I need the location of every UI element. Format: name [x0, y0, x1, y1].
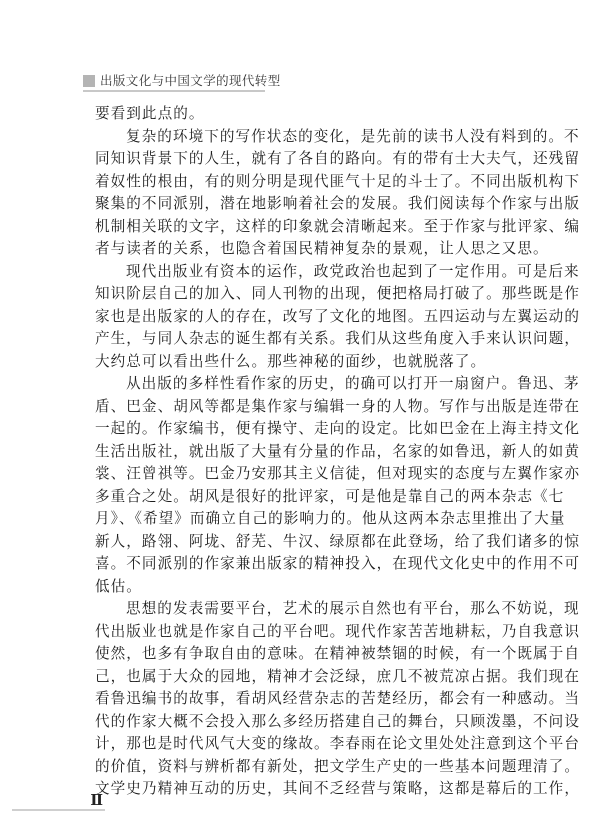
- text-line: 使然，也多有争取自由的意味。在精神被禁锢的时候，有一个既属于自: [95, 643, 505, 666]
- text-line: 月》、《希望》而确立自己的影响力的。他从这两本杂志里推出了大量: [95, 508, 505, 531]
- text-line: 的价值，资料与辨析都有新处，把文学生产史的一些基本问题理清了。: [95, 756, 505, 779]
- text-line: 盾、巴金、胡风等都是集作家与编辑一身的人物。写作与出版是连带在: [95, 396, 505, 419]
- text-line: 从出版的多样性看作家的历史，的确可以打开一扇窗户。鲁迅、茅: [95, 373, 505, 396]
- text-line: 大约总可以看出些什么。那些神秘的面纱，也就脱落了。: [95, 351, 505, 374]
- text-line: 看鲁迅编书的故事，看胡风经营杂志的苦楚经历，都会有一种感动。当: [95, 688, 505, 711]
- text-line: 己，也属于大众的园地，精神才会泛绿，庶几不被荒凉占据。我们现在: [95, 666, 505, 689]
- text-line: 一起的。作家编书，便有操守、走向的设定。比如巴金在上海主持文化: [95, 418, 505, 441]
- text-line: 同知识背景下的人生，就有了各自的路向。有的带有士大夫气，还残留: [95, 148, 505, 171]
- text-line: 喜。不同派别的作家兼出版家的精神投入，在现代文化史中的作用不可: [95, 553, 505, 576]
- text-line: 机制相关联的文字，这样的印象就会清晰起来。至于作家与批评家、编: [95, 216, 505, 239]
- text-line: 要看到此点的。: [95, 103, 505, 126]
- text-line: 家也是出版家的人的存在，改写了文化的地图。五四运动与左翼运动的: [95, 306, 505, 329]
- text-line: 着奴性的根由，有的则分明是现代匪气十足的斗士了。不同出版机构下: [95, 171, 505, 194]
- running-head-title: 出版文化与中国文学的现代转型: [100, 73, 281, 89]
- body-text: 要看到此点的。复杂的环境下的写作状态的变化，是先前的读书人没有料到的。不同知识背…: [95, 103, 505, 801]
- text-line: 聚集的不同派别，潜在地影响着社会的发展。我们阅读每个作家与出版: [95, 193, 505, 216]
- text-line: 现代出版业有资本的运作，政党政治也起到了一定作用。可是后来: [95, 261, 505, 284]
- text-line: 文学史乃精神互动的历史，其间不乏经营与策略，这都是幕后的工作，: [95, 778, 505, 801]
- text-line: 产生，与同人杂志的诞生都有关系。我们从这些角度入手来认识问题，: [95, 328, 505, 351]
- text-line: 者与读者的关系，也隐含着国民精神复杂的景观，让人思之又思。: [95, 238, 505, 261]
- folio: Ⅱ: [12, 793, 105, 811]
- text-line: 裳、汪曾祺等。巴金乃安那其主义信徒，但对现实的态度与左翼作家亦: [95, 463, 505, 486]
- text-line: 新人，路翎、阿垅、舒芜、牛汉、绿原都在此登场，给了我们诸多的惊: [95, 531, 505, 554]
- text-line: 低估。: [95, 576, 505, 599]
- text-line: 代出版业也就是作家自己的平台吧。现代作家苦苦地耕耘，乃自我意识: [95, 621, 505, 644]
- text-line: 多重合之处。胡风是很好的批评家，可是他是靠自己的两本杂志《七: [95, 486, 505, 509]
- text-line: 知识阶层自己的加入、同人刊物的出现，便把格局打破了。那些既是作: [95, 283, 505, 306]
- text-line: 复杂的环境下的写作状态的变化，是先前的读书人没有料到的。不: [95, 126, 505, 149]
- text-line: 生活出版社，就出版了大量有分量的作品，名家的如鲁迅，新人的如黄: [95, 441, 505, 464]
- page-number: Ⅱ: [90, 791, 103, 809]
- text-line: 代的作家大概不会投入那么多经历搭建自己的舞台，只顾泼墨，不问设: [95, 711, 505, 734]
- header-square-icon: [83, 75, 95, 87]
- text-line: 思想的发表需要平台，艺术的展示自然也有平台，那么不妨说，现: [95, 598, 505, 621]
- text-line: 计，那也是时代风气大变的缘故。李春雨在论文里处处注意到这个平台: [95, 733, 505, 756]
- running-head: 出版文化与中国文学的现代转型: [83, 74, 265, 92]
